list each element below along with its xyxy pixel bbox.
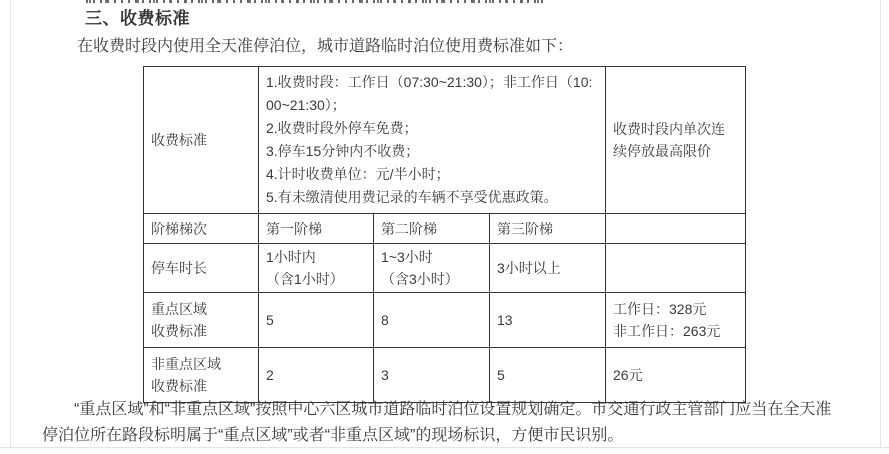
tier-row-note xyxy=(606,214,746,244)
footer-paragraph: “重点区域”和“非重点区域”按照中心六区城市道路临时泊位设置规划确定。市交通行政… xyxy=(42,397,846,449)
duration-row-label: 停车时长 xyxy=(144,244,259,293)
tier-1-header: 第一阶梯 xyxy=(259,214,374,244)
nonkey-area-cap-note: 26元 xyxy=(606,348,746,403)
fee-row-cap-note: 收费时段内单次连续停放最高限价 xyxy=(606,67,746,214)
table-row-duration: 停车时长 1小时内 （含1小时） 1~3小时 （含3小时） 3小时以上 xyxy=(144,244,746,293)
duration-tier-3: 3小时以上 xyxy=(490,244,606,293)
table-row-nonkey-area: 非重点区域 收费标准 2 3 5 26元 xyxy=(144,348,746,403)
nonkey-area-tier-3: 5 xyxy=(490,348,606,403)
nonkey-area-tier-1: 2 xyxy=(259,348,374,403)
intro-paragraph: 在收费时段内使用全天准停泊位，城市道路临时泊位使用费标准如下： xyxy=(45,35,855,59)
nonkey-area-tier-2: 3 xyxy=(374,348,490,403)
table-row-key-area: 重点区域 收费标准 5 8 13 工作日：328元 非工作日：263元 xyxy=(144,293,746,348)
tier-3-header: 第三阶梯 xyxy=(490,214,606,244)
fee-row-label: 收费标准 xyxy=(144,67,259,214)
key-area-cap-note: 工作日：328元 非工作日：263元 xyxy=(606,293,746,348)
duration-row-note xyxy=(606,244,746,293)
duration-tier-2: 1~3小时 （含3小时） xyxy=(374,244,490,293)
document-page: 三、收费标准 在收费时段内使用全天准停泊位，城市道路临时泊位使用费标准如下： 收… xyxy=(0,0,889,454)
key-area-label: 重点区域 收费标准 xyxy=(144,293,259,348)
panel-border-left xyxy=(10,0,11,447)
panel-border-right xyxy=(880,0,881,447)
key-area-tier-1: 5 xyxy=(259,293,374,348)
tier-2-header: 第二阶梯 xyxy=(374,214,490,244)
key-area-tier-2: 8 xyxy=(374,293,490,348)
duration-tier-1: 1小时内 （含1小时） xyxy=(259,244,374,293)
nonkey-area-label: 非重点区域 收费标准 xyxy=(144,348,259,403)
section-heading: 三、收费标准 xyxy=(85,7,190,31)
fee-row-details: 1.收费时段：工作日（07:30~21:30）；非工作日（10:00~21:30… xyxy=(259,67,606,214)
fee-standard-table: 收费标准 1.收费时段：工作日（07:30~21:30）；非工作日（10:00~… xyxy=(143,66,746,403)
table-row-tiers: 阶梯梯次 第一阶梯 第二阶梯 第三阶梯 xyxy=(144,214,746,244)
key-area-tier-3: 13 xyxy=(490,293,606,348)
tier-row-label: 阶梯梯次 xyxy=(144,214,259,244)
clipped-text-fragment xyxy=(86,0,543,3)
below-panel-strip xyxy=(0,448,889,454)
table-row-fee-standard: 收费标准 1.收费时段：工作日（07:30~21:30）；非工作日（10:00~… xyxy=(144,67,746,214)
